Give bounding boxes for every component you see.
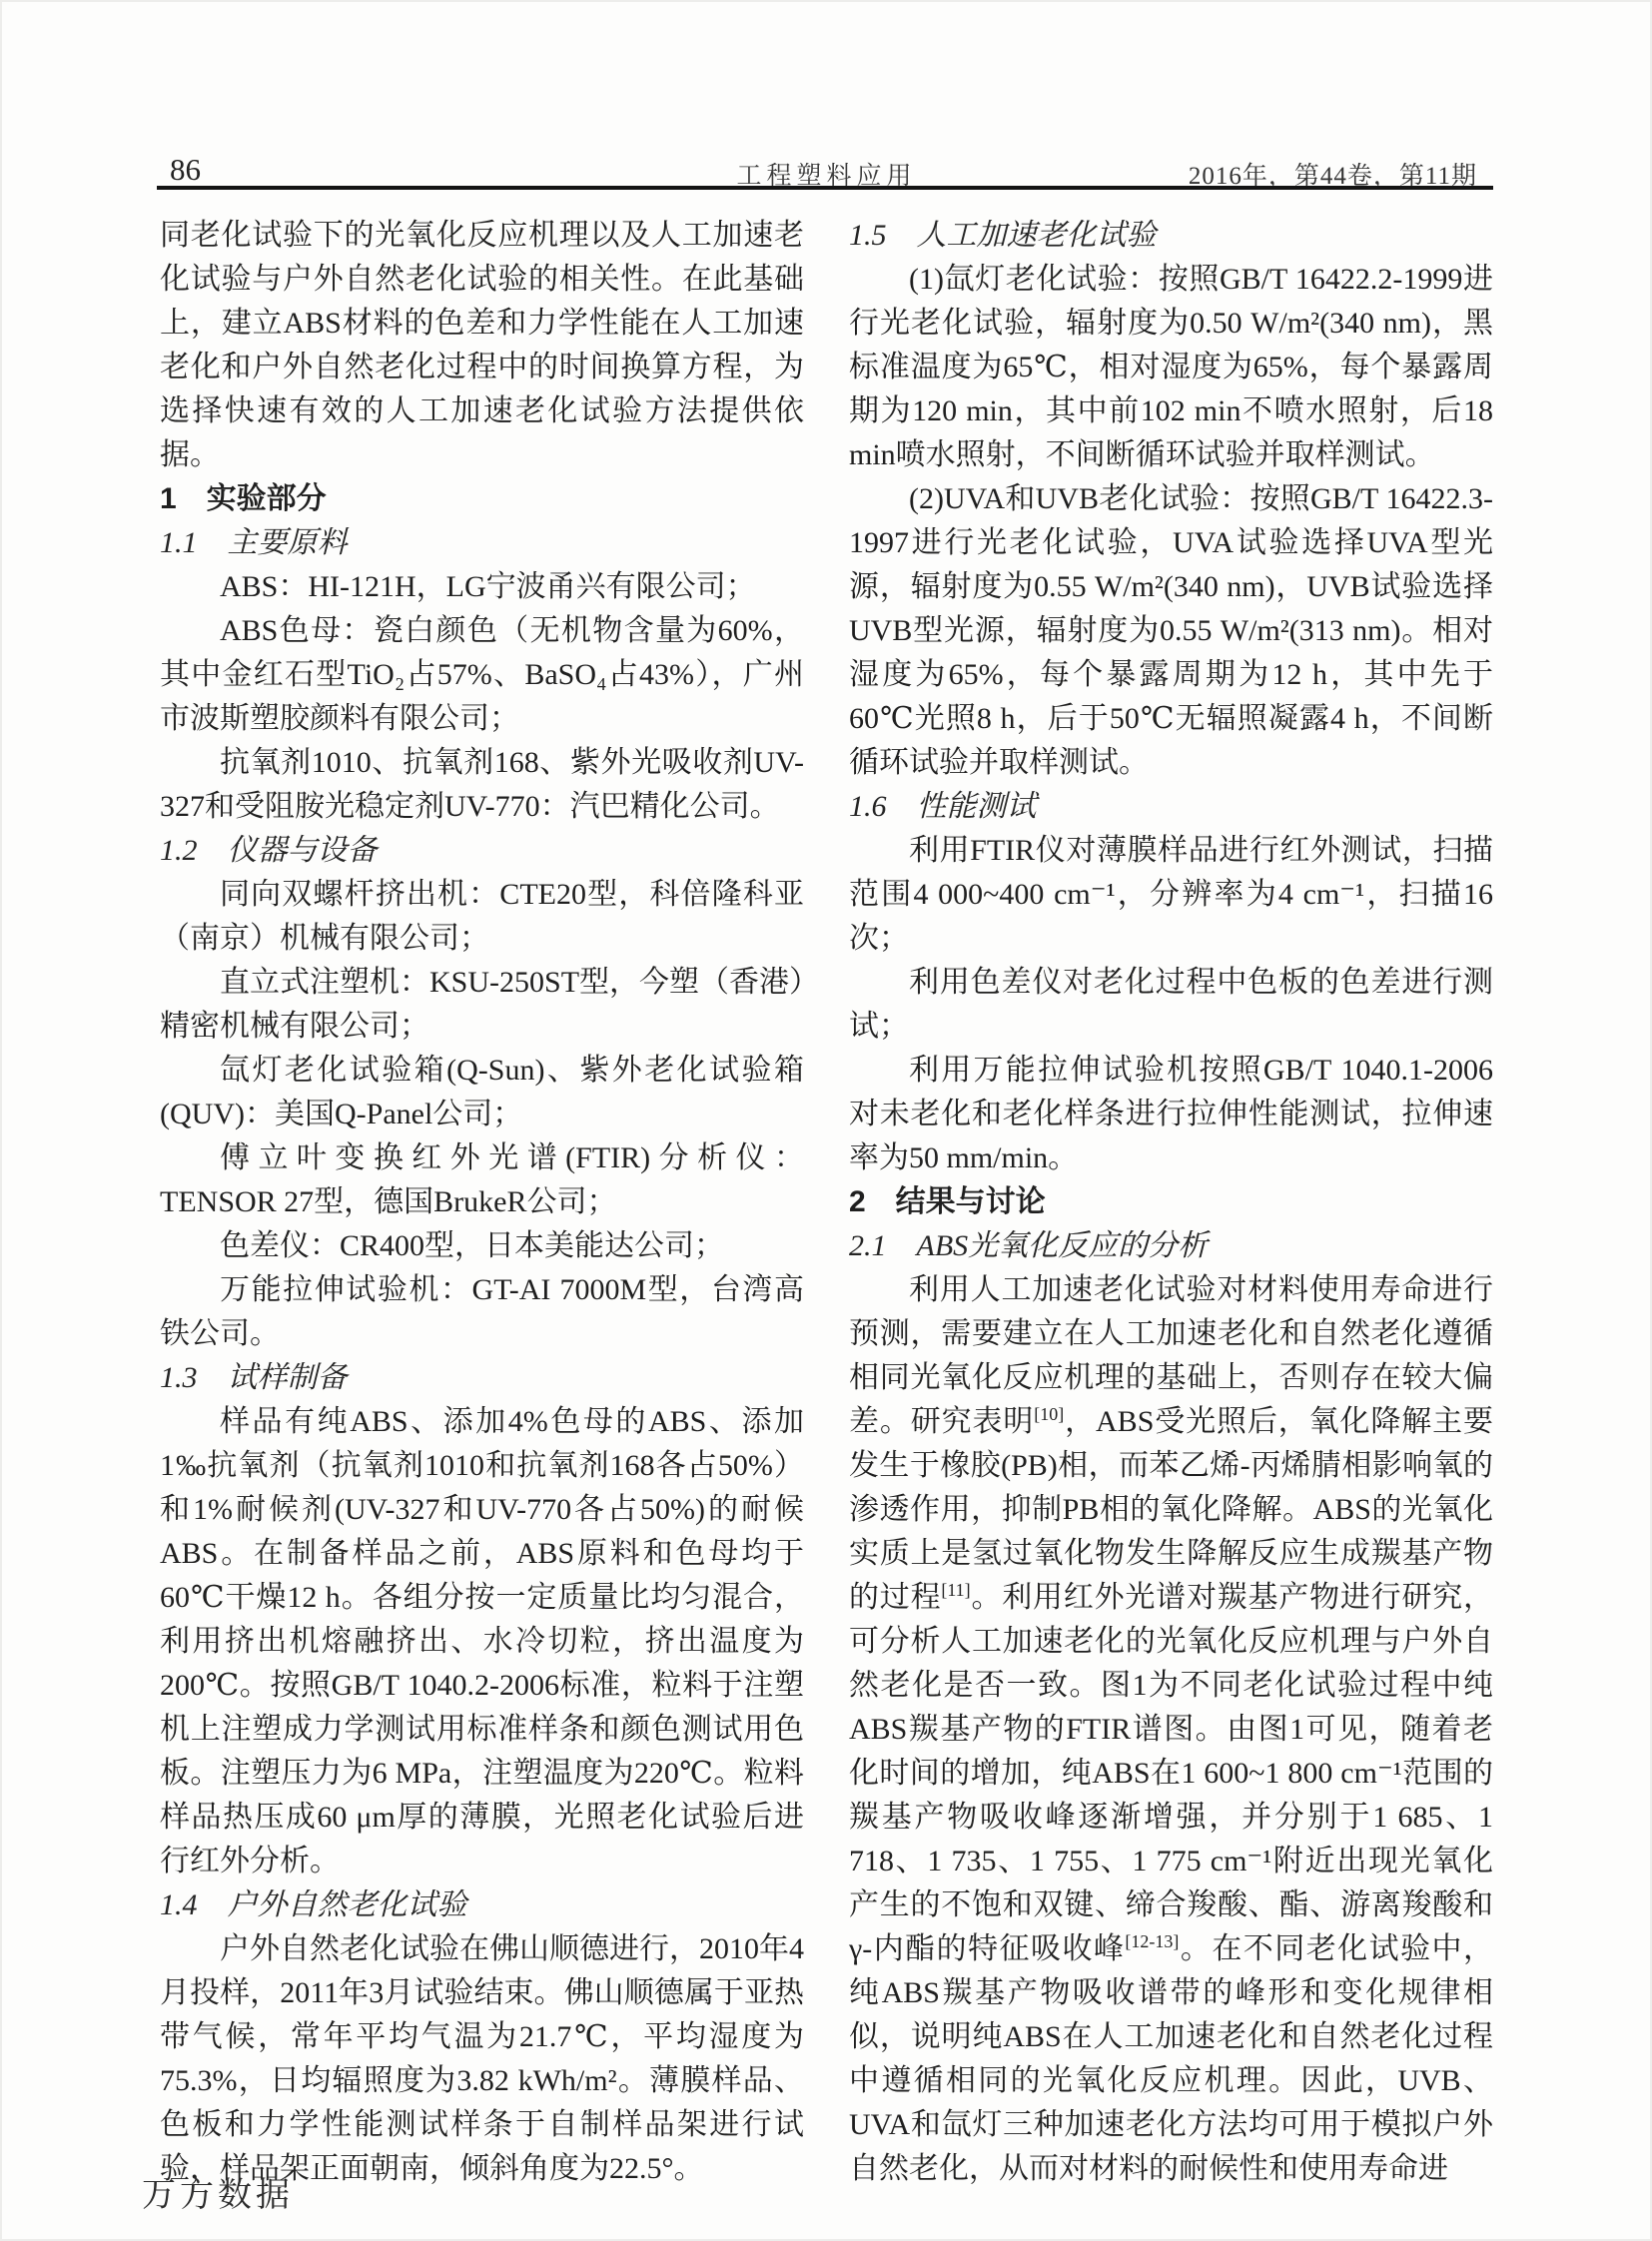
paragraph-continuation: 同老化试验下的光氧化反应机理以及人工加速老化试验与户外自然老化试验的相关性。在此…: [160, 214, 804, 477]
watermark: 万方数据: [142, 2167, 294, 2216]
paragraph: 抗氧剂1010、抗氧剂168、紫外光吸收剂UV-327和受阻胺光稳定剂UV-77…: [160, 741, 804, 829]
page-header: 86 工程塑料应用 2016年，第44卷，第11期: [160, 150, 1493, 190]
paragraph: 氙灯老化试验箱(Q-Sun)、紫外老化试验箱(QUV)：美国Q-Panel公司；: [160, 1049, 804, 1136]
header-rule: [157, 186, 1493, 190]
text-column-right: 1.5 人工加速老化试验(1)氙灯老化试验：按照GB/T 16422.2-199…: [849, 214, 1493, 2191]
subsection-heading: 1.2 仪器与设备: [160, 829, 804, 873]
subsection-heading: 1.6 性能测试: [849, 785, 1493, 829]
paragraph: 直立式注塑机：KSU-250ST型，今塑（香港）精密机械有限公司；: [160, 961, 804, 1049]
paragraph: 色差仪：CR400型，日本美能达公司；: [160, 1224, 804, 1268]
subsection-heading: 1.4 户外自然老化试验: [160, 1883, 804, 1927]
subsection-heading: 2.1 ABS光氧化反应的分析: [849, 1224, 1493, 1268]
section-heading: 1 实验部分: [160, 477, 804, 521]
citation-ref: [12-13]: [1125, 1931, 1179, 1951]
paragraph: (1)氙灯老化试验：按照GB/T 16422.2-1999进行光老化试验，辐射度…: [849, 258, 1493, 477]
subsection-heading: 1.5 人工加速老化试验: [849, 214, 1493, 258]
paragraph: 傅立叶变换红外光谱(FTIR)分析仪：TENSOR 27型，德国BrukeR公司…: [160, 1136, 804, 1224]
journal-page: { "colors": { "paper": "#fdfdfc", "text"…: [0, 0, 1652, 2241]
paragraph: (2)UVA和UVB老化试验：按照GB/T 16422.3-1997进行光老化试…: [849, 477, 1493, 785]
citation-ref: [11]: [941, 1580, 970, 1600]
paragraph: 户外自然老化试验在佛山顺德进行，2010年4月投样，2011年3月试验结束。佛山…: [160, 1927, 804, 2191]
subsection-heading: 1.1 主要原料: [160, 521, 804, 565]
citation-ref: [10]: [1034, 1404, 1064, 1424]
paragraph: 利用色差仪对老化过程中色板的色差进行测试；: [849, 961, 1493, 1049]
subsection-heading: 1.3 试样制备: [160, 1356, 804, 1400]
paragraph: 利用万能拉伸试验机按照GB/T 1040.1-2006对未老化和老化样条进行拉伸…: [849, 1049, 1493, 1180]
paragraph: ABS色母：瓷白颜色（无机物含量为60%，其中金红石型TiO₂占57%、BaSO…: [160, 609, 804, 741]
paragraph: 同向双螺杆挤出机：CTE20型，科倍隆科亚（南京）机械有限公司；: [160, 873, 804, 961]
text-column-left: 同老化试验下的光氧化反应机理以及人工加速老化试验与户外自然老化试验的相关性。在此…: [160, 214, 804, 2191]
paragraph: 利用人工加速老化试验对材料使用寿命进行预测，需要建立在人工加速老化和自然老化遵循…: [849, 1268, 1493, 2191]
paragraph: 样品有纯ABS、添加4%色母的ABS、添加1‰抗氧剂（抗氧剂1010和抗氧剂16…: [160, 1400, 804, 1883]
paragraph: 万能拉伸试验机：GT-AI 7000M型，台湾高铁公司。: [160, 1268, 804, 1356]
paragraph: ABS：HI-121H，LG宁波甬兴有限公司；: [160, 565, 804, 609]
section-heading: 2 结果与讨论: [849, 1180, 1493, 1224]
paragraph: 利用FTIR仪对薄膜样品进行红外测试，扫描范围4 000~400 cm⁻¹，分辨…: [849, 829, 1493, 961]
